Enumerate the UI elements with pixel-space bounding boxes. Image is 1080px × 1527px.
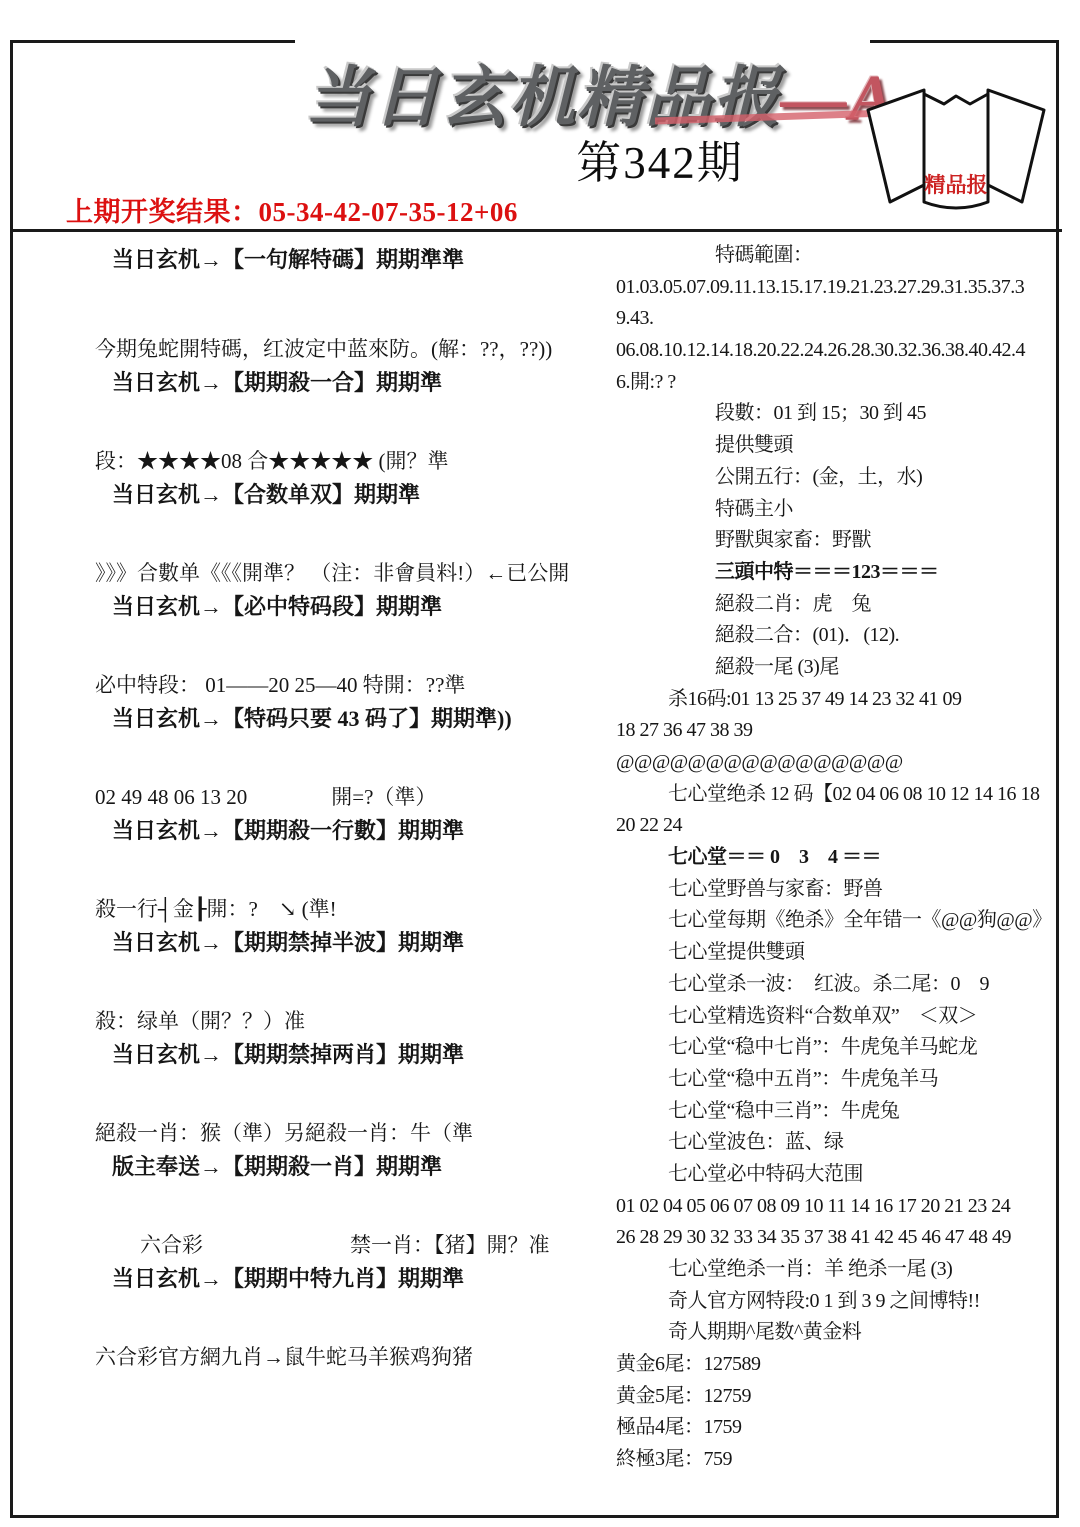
text-line: 当日玄机→【必中特码段】期期準: [95, 590, 620, 623]
text-line: 奇人期期^尾数^黄金料: [616, 1317, 1066, 1349]
text-line: 終極3尾：759: [616, 1444, 1066, 1476]
last-draw-result-numbers: 05-34-42-07-35-12+06: [259, 197, 518, 227]
text-line: 当日玄机→【特码只要 43 码了】期期準)): [95, 702, 620, 735]
text-line: 当日玄机→【期期殺一合】期期準: [95, 366, 620, 399]
text-line: 七心堂杀一波： 红波。杀二尾：0 9: [616, 969, 1066, 1001]
left-section: 六合彩 禁一肖：【猪】開？准当日玄机→【期期中特九肖】期期準: [95, 1229, 620, 1295]
left-section: 02 49 48 06 13 20 開=?（準）当日玄机→【期期殺一行數】期期準: [95, 781, 620, 847]
text-line: 絕殺二肖：虎 兔: [616, 589, 1066, 621]
text-line: 段：★★★★08 合★★★★★ (開？準: [95, 445, 620, 478]
text-line: 6.開:? ?: [616, 367, 1066, 399]
text-line: 七心堂绝杀 12 码【02 04 06 08 10 12 14 16 18: [616, 779, 1066, 811]
left-section: 殺：绿单（開？？）准当日玄机→【期期禁掉两肖】期期準: [95, 1005, 620, 1071]
left-section: 必中特段： 01——20 25—40 特開：??準当日玄机→【特码只要 43 码…: [95, 669, 620, 735]
text-line: 絕殺一肖：猴（準）另絕殺一肖：牛（準: [95, 1117, 620, 1150]
text-line: 七心堂＝＝ 0 3 4 ＝＝: [616, 842, 1066, 874]
text-line: 七心堂必中特码大范围: [616, 1159, 1066, 1191]
text-line: 七心堂每期《绝杀》全年错一《@@狗@@》: [616, 905, 1066, 937]
text-line: 七心堂“稳中三肖”：牛虎兔: [616, 1096, 1066, 1128]
text-line: 》》》合數单《《《開準？ （注：非會員料!）←已公開: [95, 557, 620, 590]
last-draw-result: 上期开奖结果：05-34-42-07-35-12+06: [66, 190, 518, 229]
text-line: 奇人官方网特段:0 1 到 3 9 之间博特!!: [616, 1286, 1066, 1318]
header-divider-line: [12, 229, 1062, 232]
text-line: 当日玄机→【期期禁掉两肖】期期準: [95, 1038, 620, 1071]
text-line: 野獸與家畜：野獸: [616, 525, 1066, 557]
text-line: @@@@@@@@@@@@@@@@: [616, 747, 1066, 779]
text-line: 特碼範圍：: [616, 240, 1066, 272]
text-line: 18 27 36 47 38 39: [616, 715, 1066, 747]
text-line: 六合彩官方網九肖→鼠牛蛇马羊猴鸡狗猪: [95, 1341, 620, 1374]
text-line: 9.43.: [616, 303, 1066, 335]
left-section: 今期兔蛇開特碼，红波定中蓝來防。(解：??，??))当日玄机→【期期殺一合】期期…: [95, 333, 620, 399]
text-line: 01.03.05.07.09.11.13.15.17.19.21.23.27.2…: [616, 272, 1066, 304]
text-line: 公開五行：(金，土，水): [616, 462, 1066, 494]
text-line: 必中特段： 01——20 25—40 特開：??準: [95, 669, 620, 702]
text-line: 02 49 48 06 13 20 開=?（準）: [95, 781, 620, 814]
text-line: 極品4尾：1759: [616, 1412, 1066, 1444]
text-line: 七心堂精选资料“合数单双” ＜双＞: [616, 1001, 1066, 1033]
left-section: 段：★★★★08 合★★★★★ (開？準当日玄机→【合数单双】期期準: [95, 445, 620, 511]
ribbon-label: 精品报: [925, 173, 988, 197]
text-line: 絕殺二合：(01)．(12).: [616, 620, 1066, 652]
text-line: 殺：绿单（開？？）准: [95, 1005, 620, 1038]
text-line: 段數：01 到 15；30 到 45: [616, 398, 1066, 430]
text-line: 七心堂绝杀一肖：羊 绝杀一尾 (3): [616, 1254, 1066, 1286]
ribbon-right-flap: [986, 90, 1044, 202]
text-line: 七心堂“稳中五肖”：牛虎兔羊马: [616, 1064, 1066, 1096]
page-title-text: 当日玄机精品报: [305, 62, 781, 135]
text-line: 26 28 29 30 32 33 34 35 37 38 41 42 45 4…: [616, 1222, 1066, 1254]
text-line: 当日玄机→【合数单双】期期準: [95, 478, 620, 511]
left-section: 当日玄机→【一句解特碼】期期準準: [95, 243, 620, 276]
text-line: 七心堂“稳中七肖”：牛虎兔羊马蛇龙: [616, 1032, 1066, 1064]
ribbon-badge: 精品报: [860, 80, 1052, 222]
text-line: 黄金5尾：12759: [616, 1381, 1066, 1413]
text-line: 版主奉送→【期期殺一肖】期期準: [95, 1150, 620, 1183]
text-line: 三頭中特＝＝＝123＝＝＝: [616, 557, 1066, 589]
left-section: 》》》合數单《《《開準？ （注：非會員料!）←已公開当日玄机→【必中特码段】期期…: [95, 557, 620, 623]
text-line: 当日玄机→【一句解特碼】期期準準: [95, 243, 620, 276]
text-line: 01 02 04 05 06 07 08 09 10 11 14 16 17 2…: [616, 1191, 1066, 1223]
left-section: 絕殺一肖：猴（準）另絕殺一肖：牛（準版主奉送→【期期殺一肖】期期準: [95, 1117, 620, 1183]
text-line: 殺一行┤金┠開：? ↘ (準!: [95, 893, 620, 926]
text-line: 20 22 24: [616, 810, 1066, 842]
text-line: 提供雙頭: [616, 430, 1066, 462]
text-line: 七心堂提供雙頭: [616, 937, 1066, 969]
text-line: 当日玄机→【期期禁掉半波】期期準: [95, 926, 620, 959]
text-line: 絕殺一尾 (3)尾: [616, 652, 1066, 684]
text-line: 当日玄机→【期期殺一行數】期期準: [95, 814, 620, 847]
left-section: 殺一行┤金┠開：? ↘ (準!当日玄机→【期期禁掉半波】期期準: [95, 893, 620, 959]
left-column: 当日玄机→【一句解特碼】期期準準今期兔蛇開特碼，红波定中蓝來防。(解：??，??…: [95, 243, 620, 1420]
text-line: 六合彩 禁一肖：【猪】開？准: [95, 1229, 620, 1262]
text-line: 黄金6尾：127589: [616, 1349, 1066, 1381]
text-line: 特碼主小: [616, 494, 1066, 526]
ribbon-left-flap: [868, 90, 926, 202]
text-line: 当日玄机→【期期中特九肖】期期準: [95, 1262, 620, 1295]
text-line: 今期兔蛇開特碼，红波定中蓝來防。(解：??，??)): [95, 333, 620, 366]
left-section: 六合彩官方網九肖→鼠牛蛇马羊猴鸡狗猪: [95, 1341, 620, 1374]
text-line: 06.08.10.12.14.18.20.22.24.26.28.30.32.3…: [616, 335, 1066, 367]
right-column: 特碼範圍：01.03.05.07.09.11.13.15.17.19.21.23…: [616, 240, 1066, 1476]
text-line: 七心堂波色：蓝、绿: [616, 1127, 1066, 1159]
last-draw-result-label: 上期开奖结果：: [66, 197, 259, 227]
issue-number: 第342期: [460, 126, 860, 191]
text-line: 杀16码:01 13 25 37 49 14 23 32 41 09: [616, 684, 1066, 716]
text-line: 七心堂野兽与家畜：野兽: [616, 874, 1066, 906]
